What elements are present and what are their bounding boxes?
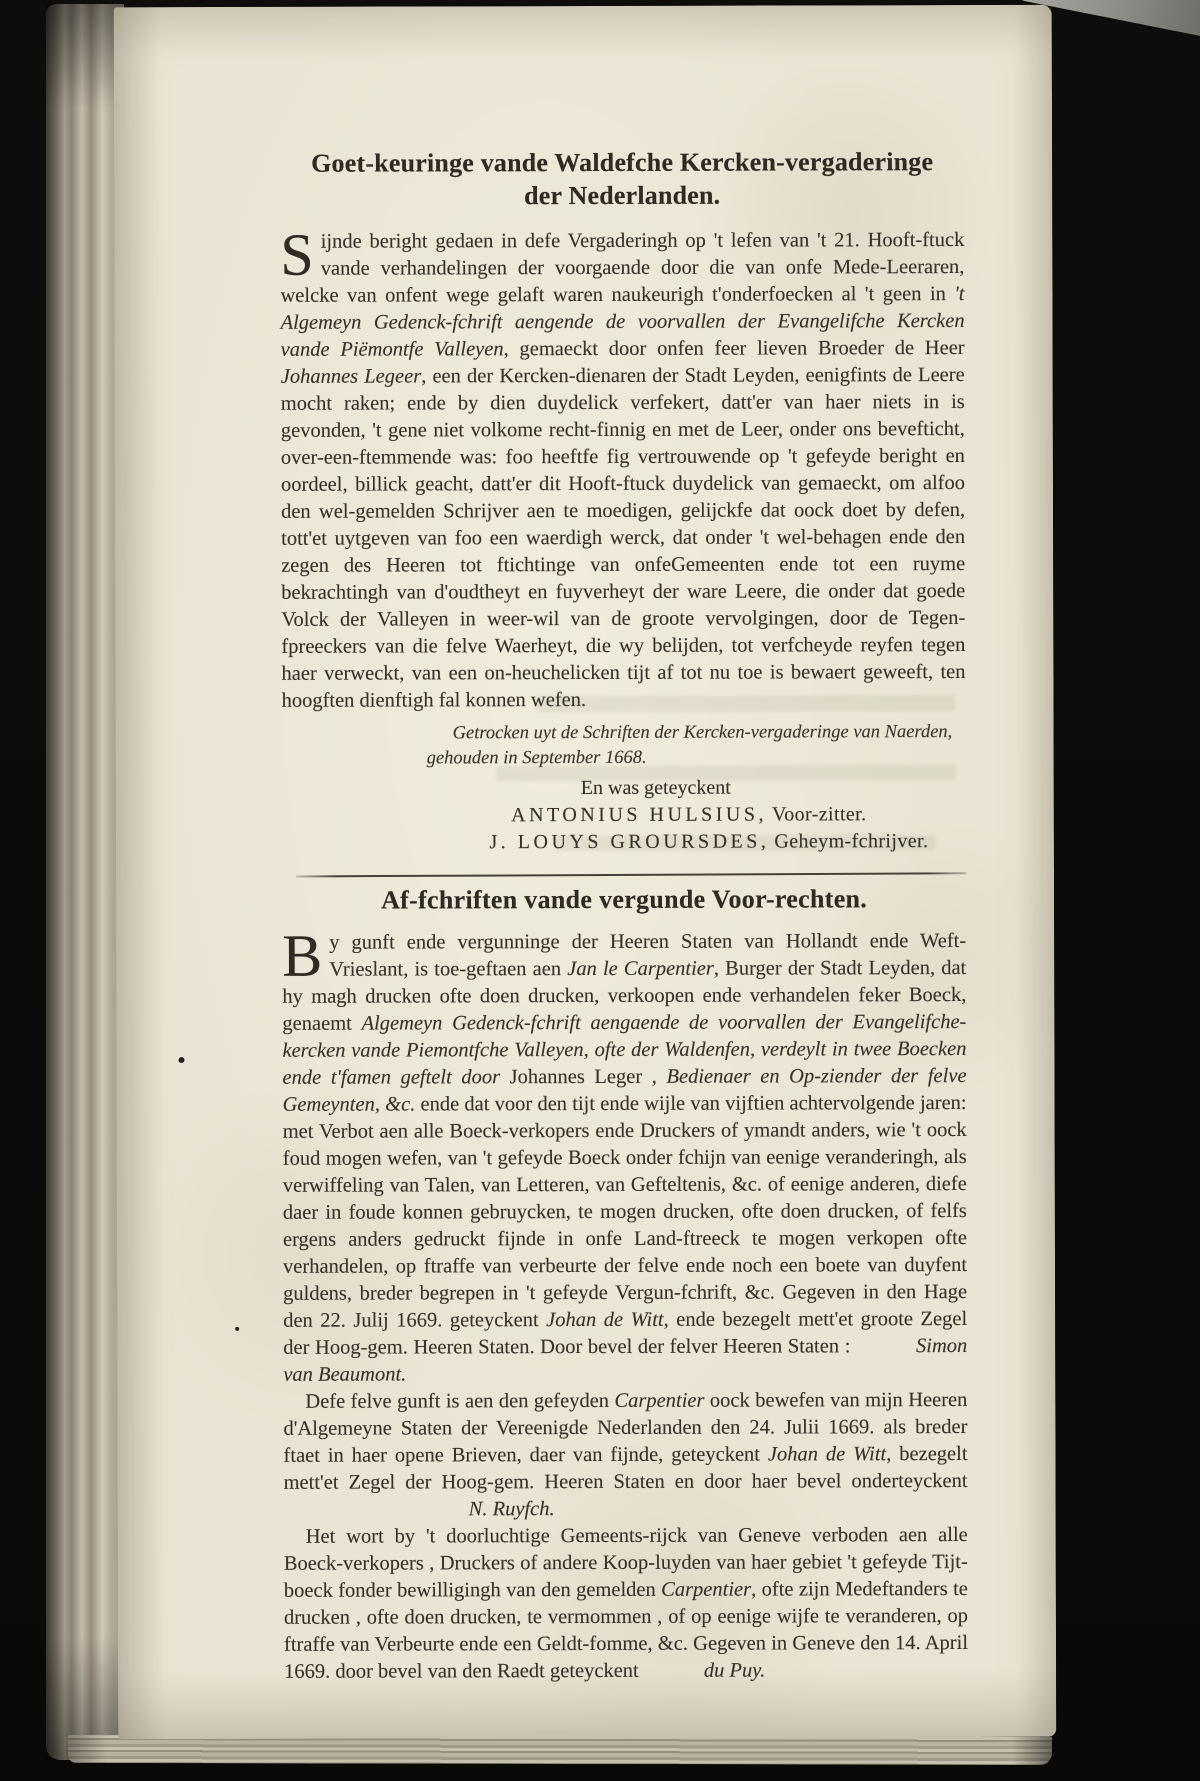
signature-line-1: ANTONIUS HULSIUS, Voor-zitter. (282, 801, 966, 830)
privileges-paragraph-1: B y gunft ende vergunninge der Heeren St… (282, 928, 967, 1389)
privileges-paragraph-3: Het wort by 't doorluchtige Gemeents-rij… (284, 1522, 968, 1686)
bottom-page-edges (68, 1735, 1052, 1765)
signature-intro: En was geteyckent (282, 774, 966, 803)
ink-speck (178, 1057, 184, 1063)
approval-paragraph-text: ijnde beright gedaen in defe Vergadering… (280, 229, 965, 712)
book-page: Goet-keuringe vande Waldefche Kercken-ve… (114, 5, 1057, 1739)
privileges-drop-cap: B (282, 930, 329, 979)
privileges-paragraph-1-text: y gunft ende vergunninge der Heeren Stat… (282, 930, 967, 1386)
approval-title-line-2: der Nederlanden. (280, 178, 964, 213)
privileges-paragraph-2: Defe felve gunft is aen den gefeyden Car… (283, 1387, 967, 1524)
approval-title: Goet-keuringe vande Waldefche Kercken-ve… (280, 145, 964, 213)
signature-name: J. LOUYS GROURSDES, (489, 831, 769, 854)
approval-paragraph: S ijnde beright gedaen in defe Vergaderi… (280, 227, 965, 715)
section-divider-rule (296, 872, 966, 877)
signature-role: Geheym-fchrijver. (774, 830, 928, 852)
scanned-book-page: Goet-keuringe vande Waldefche Kercken-ve… (0, 0, 1200, 1781)
signature-name: ANTONIUS HULSIUS, (511, 804, 767, 827)
ink-speck (235, 1327, 239, 1331)
privileges-paragraph-2-text: Defe felve gunft is aen den gefeyden Car… (283, 1389, 967, 1521)
book-spine-page-edges (46, 4, 124, 1760)
signature-line-2: J. LOUYS GROURSDES, Geheym-fchrijver. (282, 828, 966, 857)
signature-role: Voor-zitter. (772, 803, 867, 825)
citation-block: Getrocken uyt de Schriften der Kercken-v… (427, 720, 966, 771)
page-text-block: Goet-keuringe vande Waldefche Kercken-ve… (280, 145, 968, 1686)
privileges-paragraph-3-text: Het wort by 't doorluchtige Gemeents-rij… (284, 1524, 968, 1683)
citation-line-2: gehouden in September 1668. (427, 745, 966, 771)
approval-drop-cap: S (280, 229, 321, 278)
citation-line-1: Getrocken uyt de Schriften der Kercken-v… (427, 720, 966, 746)
privileges-title: Af-fchriften vande vergunde Voor-rechten… (282, 883, 966, 917)
approval-title-line-1: Goet-keuringe vande Waldefche Kercken-ve… (280, 145, 964, 180)
